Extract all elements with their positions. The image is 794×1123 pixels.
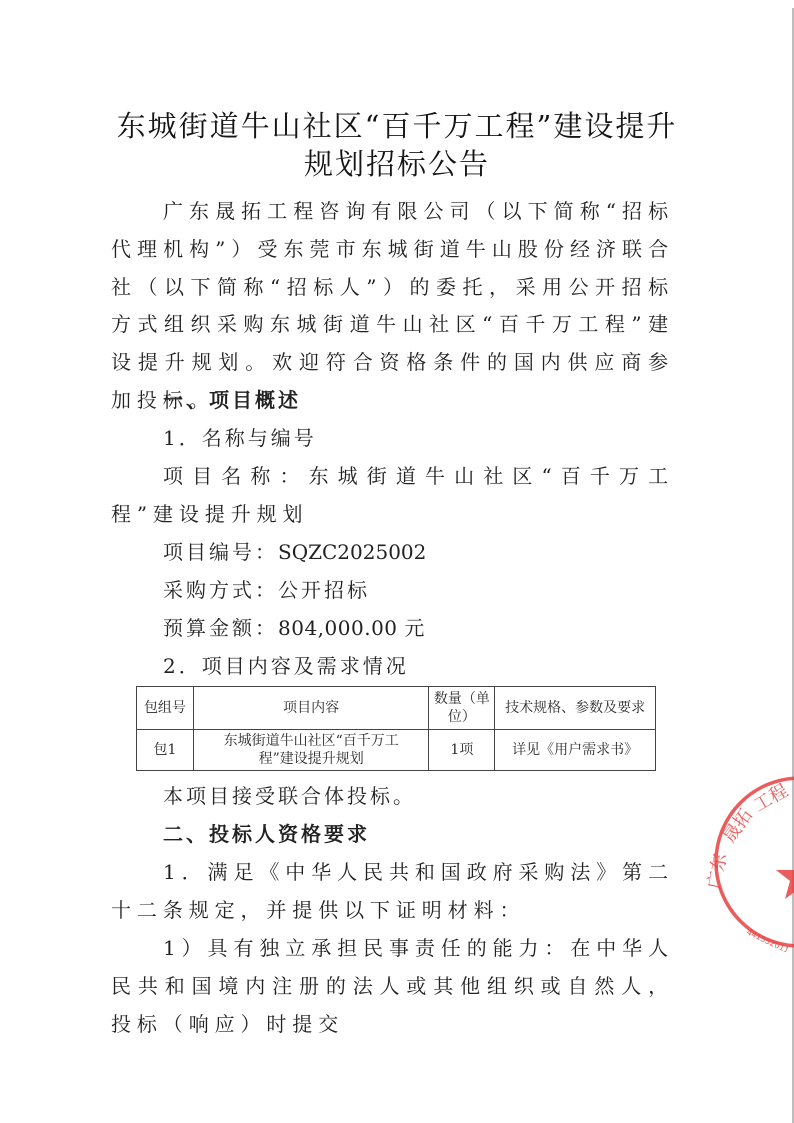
project-no-line: 项目编号：SQZC2025002: [163, 534, 426, 572]
header-package-no: 包组号: [137, 687, 194, 730]
header-project-content: 项目内容: [193, 687, 429, 730]
procurement-method-value: 公开招标: [278, 578, 370, 602]
procurement-method-line: 采购方式：公开招标: [163, 572, 370, 610]
cell-quantity: 1项: [429, 730, 495, 771]
project-no-label: 项目编号：: [163, 540, 278, 564]
header-quantity: 数量（单位）: [429, 687, 495, 730]
header-specs: 技术规格、参数及要求: [495, 687, 656, 730]
project-name-line: 项目名称：东城街道牛山社区“百千万工程”建设提升规划: [111, 458, 674, 534]
svg-text:441552011: 441552011: [745, 928, 790, 952]
cell-specs: 详见《用户需求书》: [495, 730, 656, 771]
table-header-row: 包组号 项目内容 数量（单位） 技术规格、参数及要求: [137, 687, 656, 730]
section1-sub2: 2．项目内容及需求情况: [163, 648, 409, 686]
section2-item1: 1．满足《中华人民共和国政府采购法》第二十二条规定，并提供以下证明材料：: [111, 854, 674, 930]
section1-heading: 一、项目概述: [163, 382, 301, 420]
budget-label: 预算金额：: [163, 616, 278, 640]
section1-sub1: 1．名称与编号: [163, 420, 317, 458]
svg-text:晟拓: 晟拓: [719, 805, 757, 847]
seal-icon: 工程 晟拓 广东 441552011: [706, 770, 794, 952]
svg-text:广东: 广东: [706, 852, 731, 891]
consortium-note: 本项目接受联合体投标。: [163, 778, 416, 816]
document-title-line1: 东城街道牛山社区“百千万工程”建设提升: [0, 107, 794, 145]
project-no-value: SQZC2025002: [278, 540, 426, 564]
section2-heading: 二、投标人资格要求: [163, 816, 370, 854]
cell-project-content: 东城街道牛山社区“百千万工程”建设提升规划: [193, 730, 429, 771]
table-row: 包1 东城街道牛山社区“百千万工程”建设提升规划 1项 详见《用户需求书》: [137, 730, 656, 771]
section2-item1-1: 1）具有独立承担民事责任的能力：在中华人民共和国境内注册的法人或其他组织或自然人…: [111, 930, 674, 1043]
budget-value: 804,000.00 元: [278, 616, 425, 640]
budget-line: 预算金额：804,000.00 元: [163, 610, 425, 648]
cell-package-no: 包1: [137, 730, 194, 771]
procurement-method-label: 采购方式：: [163, 578, 278, 602]
svg-text:工程: 工程: [750, 780, 792, 816]
project-name-label: 项目名称：: [163, 464, 309, 488]
requirements-table: 包组号 项目内容 数量（单位） 技术规格、参数及要求 包1 东城街道牛山社区“百…: [136, 686, 656, 771]
company-seal-stamp: 工程 晟拓 广东 441552011: [706, 770, 794, 952]
document-title-line2: 规划招标公告: [0, 145, 794, 183]
